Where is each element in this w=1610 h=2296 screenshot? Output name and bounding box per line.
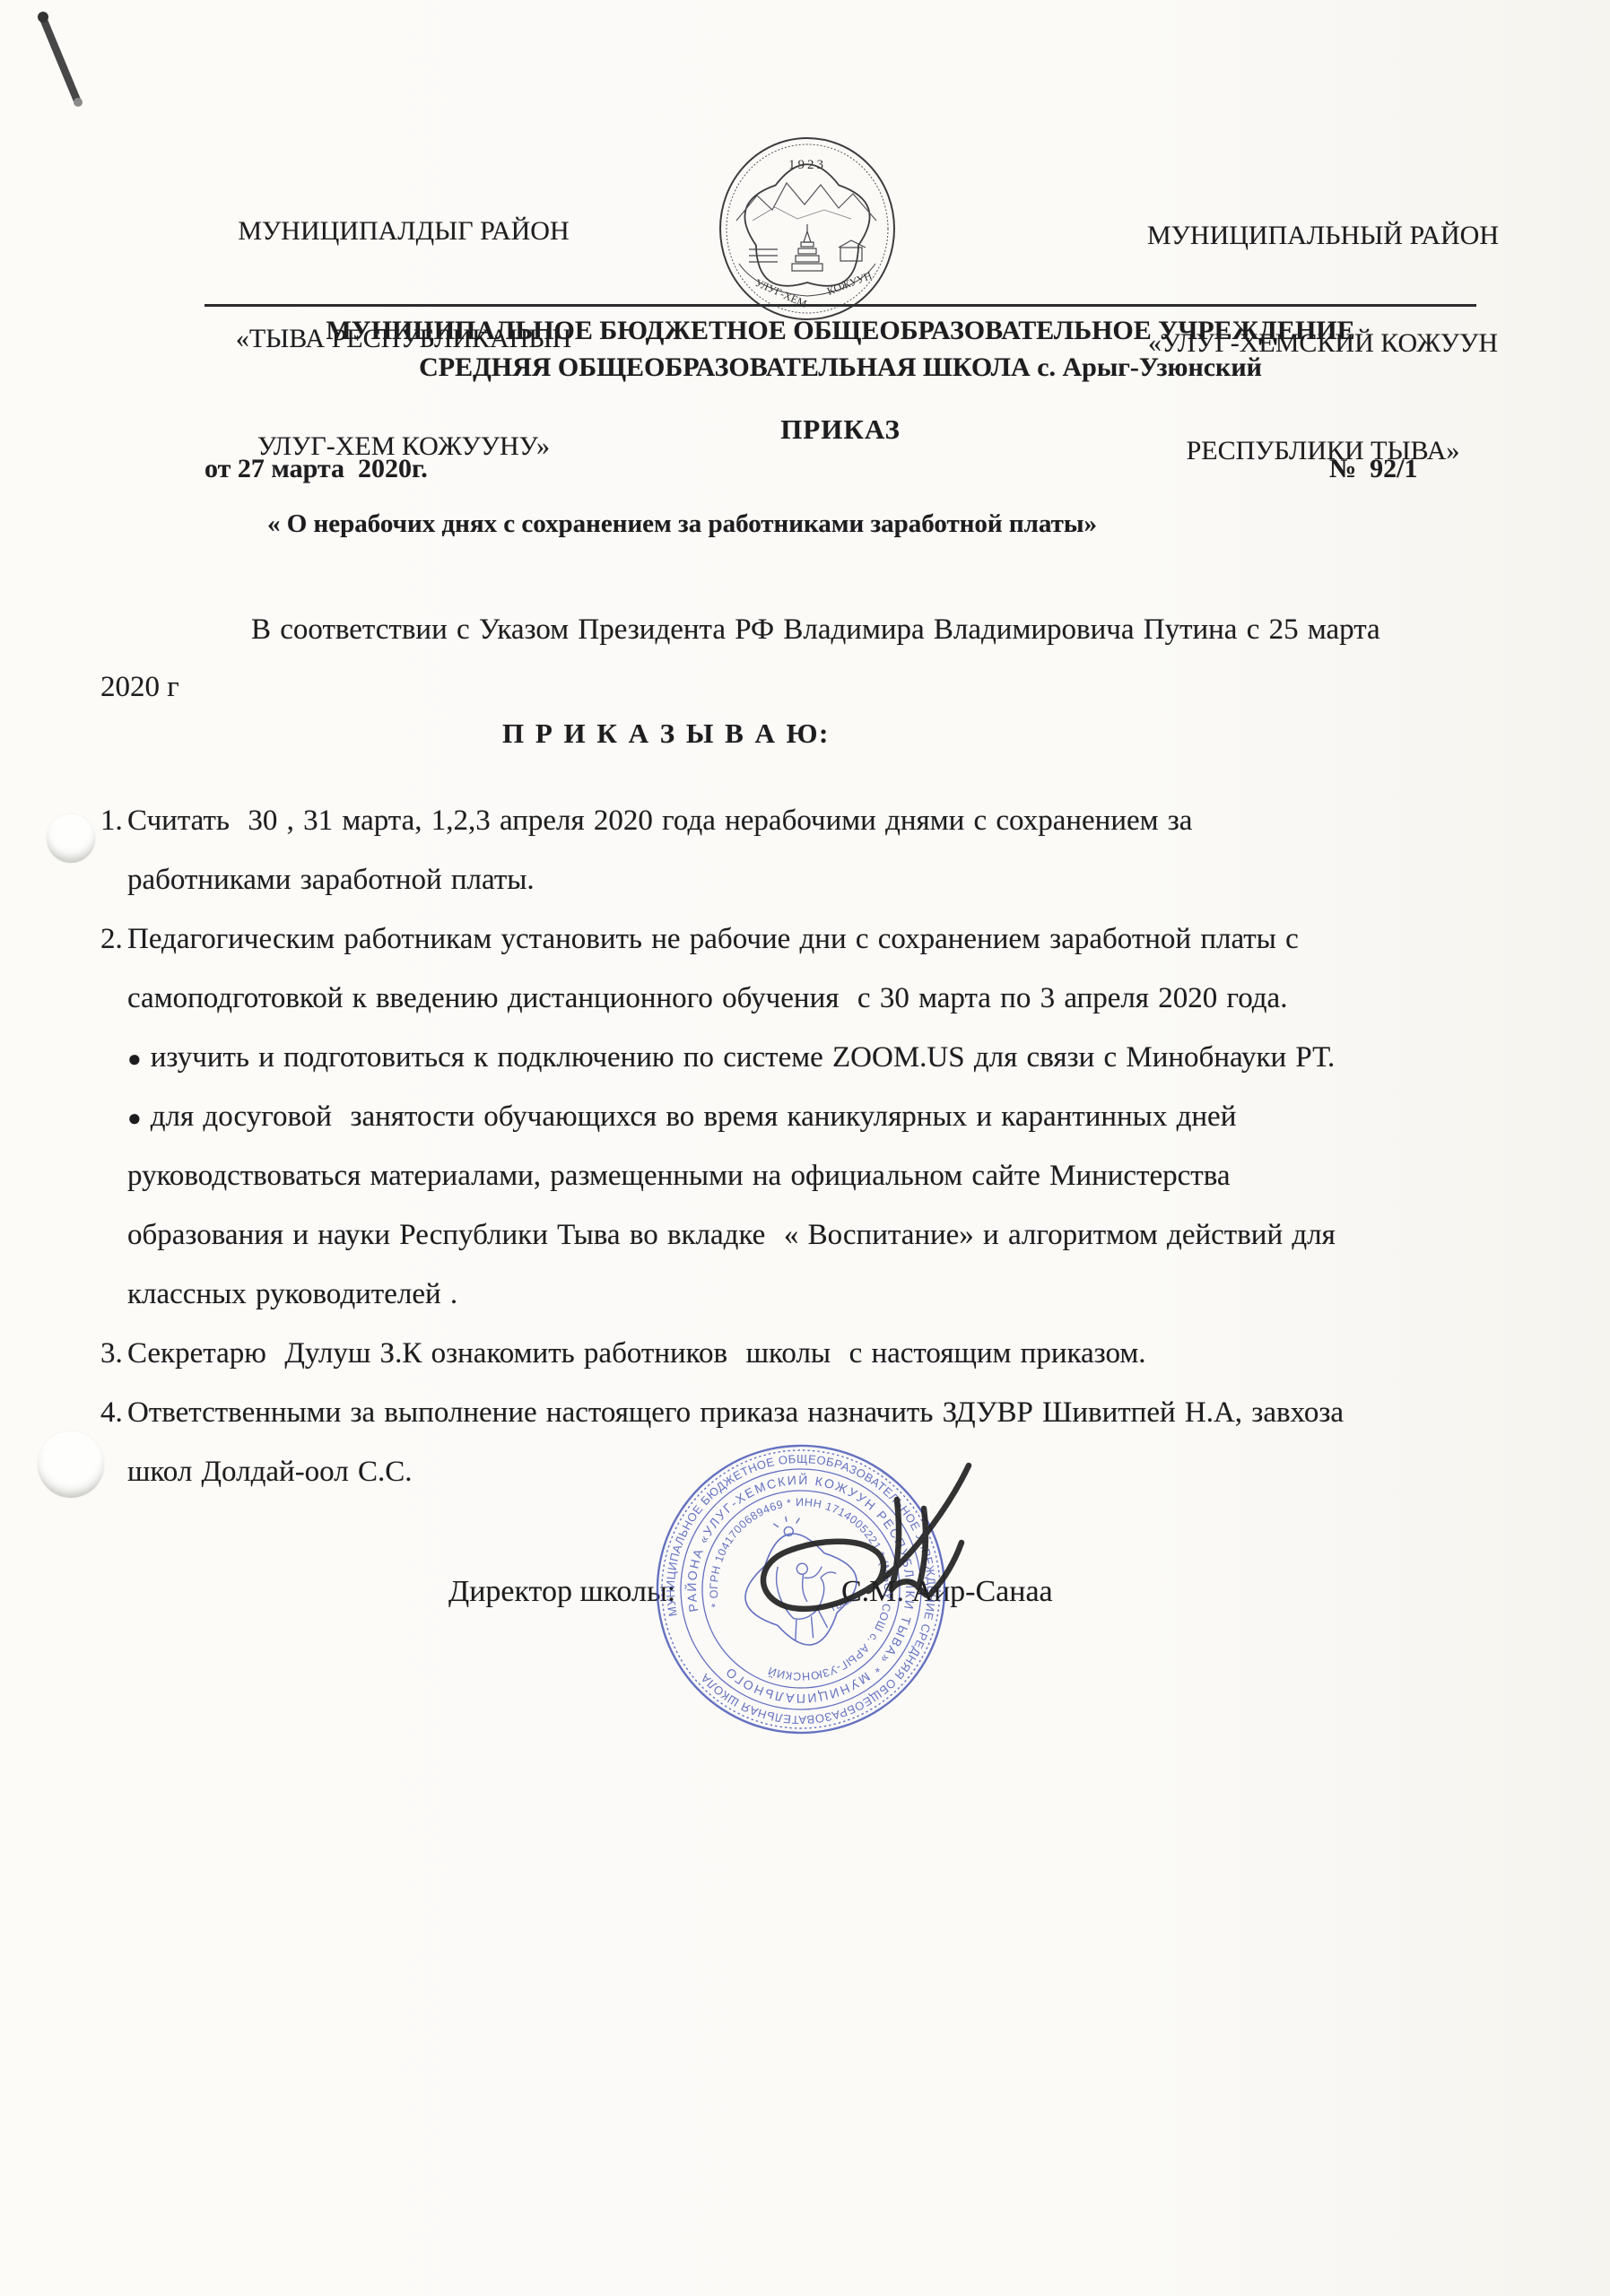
item-text: Ответственными за выполнение настоящего … xyxy=(127,1396,1344,1429)
emblem-stupa xyxy=(749,224,866,271)
order-item-line: классных руководителей . xyxy=(100,1265,1553,1324)
order-subject: « О нерабочих днях с сохранением за рабо… xyxy=(267,509,1097,539)
bullet-icon: ● xyxy=(127,1046,142,1072)
municipality-emblem: 1923 УЛУГ-ХЕМ КОЖУУН xyxy=(690,131,925,326)
header-right-line: МУНИЦИПАЛЬНЫЙ РАЙОН xyxy=(1108,218,1538,254)
punch-hole xyxy=(38,1431,104,1498)
item-text: руководствоваться материалами, размещенн… xyxy=(127,1160,1231,1192)
item-text: Педагогическим работникам установить не … xyxy=(127,923,1299,955)
order-item-line: 1.Считать 30 , 31 марта, 1,2,3 апреля 20… xyxy=(100,791,1553,850)
organization-title-line1: МУНИЦИПАЛЬНОЕ БЮДЖЕТНОЕ ОБЩЕОБРАЗОВАТЕЛЬ… xyxy=(205,316,1476,346)
item-text: для досуговой занятости обучающихся во в… xyxy=(151,1100,1237,1133)
emblem-year: 1923 xyxy=(788,158,826,172)
order-item-line: самоподготовкой к введению дистанционног… xyxy=(100,969,1553,1028)
organization-title-line2: СРЕДНЯЯ ОБЩЕОБРАЗОВАТЕЛЬНАЯ ШКОЛА с. Ары… xyxy=(205,352,1476,383)
order-item-line: ●для досуговой занятости обучающихся во … xyxy=(100,1087,1553,1146)
item-text: работниками заработной платы. xyxy=(127,864,535,896)
order-item-line: 3.Секретарю Дулуш З.К ознакомить работни… xyxy=(100,1324,1553,1383)
item-text: классных руководителей . xyxy=(127,1278,457,1310)
item-number: 4. xyxy=(100,1383,127,1442)
intro-line: 2020 г xyxy=(100,671,179,704)
directive-heading: П Р И К А З Ы В А Ю: xyxy=(502,717,830,750)
item-text: образования и науки Республики Тыва во в… xyxy=(127,1219,1336,1251)
item-text: изучить и подготовиться к подключению по… xyxy=(151,1041,1336,1074)
director-signature xyxy=(692,1446,988,1639)
item-number: 3. xyxy=(100,1324,127,1383)
item-text: Секретарю Дулуш З.К ознакомить работнико… xyxy=(127,1337,1146,1370)
pen-mark xyxy=(27,7,99,115)
order-date: от 27 марта 2020г. xyxy=(205,454,428,484)
punch-hole xyxy=(47,814,95,863)
item-number: 1. xyxy=(100,791,127,850)
order-item-line: 2.Педагогическим работникам установить н… xyxy=(100,909,1553,969)
document-page: МУНИЦИПАЛДЫГ РАЙОН «ТЫВА РЕСПУБЛИКАНЫН У… xyxy=(0,0,1610,2296)
order-number: № 92/1 xyxy=(1329,454,1417,484)
order-items-list: 1.Считать 30 , 31 марта, 1,2,3 апреля 20… xyxy=(100,791,1553,1501)
bullet-icon: ● xyxy=(127,1105,142,1131)
header-left-line: МУНИЦИПАЛДЫГ РАЙОН xyxy=(202,213,605,249)
order-item-line: работниками заработной платы. xyxy=(100,850,1553,909)
item-text: школ Долдай-оол С.С. xyxy=(127,1456,412,1488)
header-divider xyxy=(205,304,1476,307)
order-title: ПРИКАЗ xyxy=(205,413,1476,446)
order-item-line: ●изучить и подготовиться к подключению п… xyxy=(100,1028,1553,1087)
item-text: самоподготовкой к введению дистанционног… xyxy=(127,982,1287,1014)
order-item-line: руководствоваться материалами, размещенн… xyxy=(100,1146,1553,1205)
item-number: 2. xyxy=(100,909,127,969)
emblem-ribbon-right: КОЖУУН xyxy=(825,269,874,298)
item-text: Считать 30 , 31 марта, 1,2,3 апреля 2020… xyxy=(127,804,1192,837)
order-item-line: образования и науки Республики Тыва во в… xyxy=(100,1205,1553,1265)
intro-line: В соответствии с Указом Президента РФ Вл… xyxy=(251,613,1380,647)
